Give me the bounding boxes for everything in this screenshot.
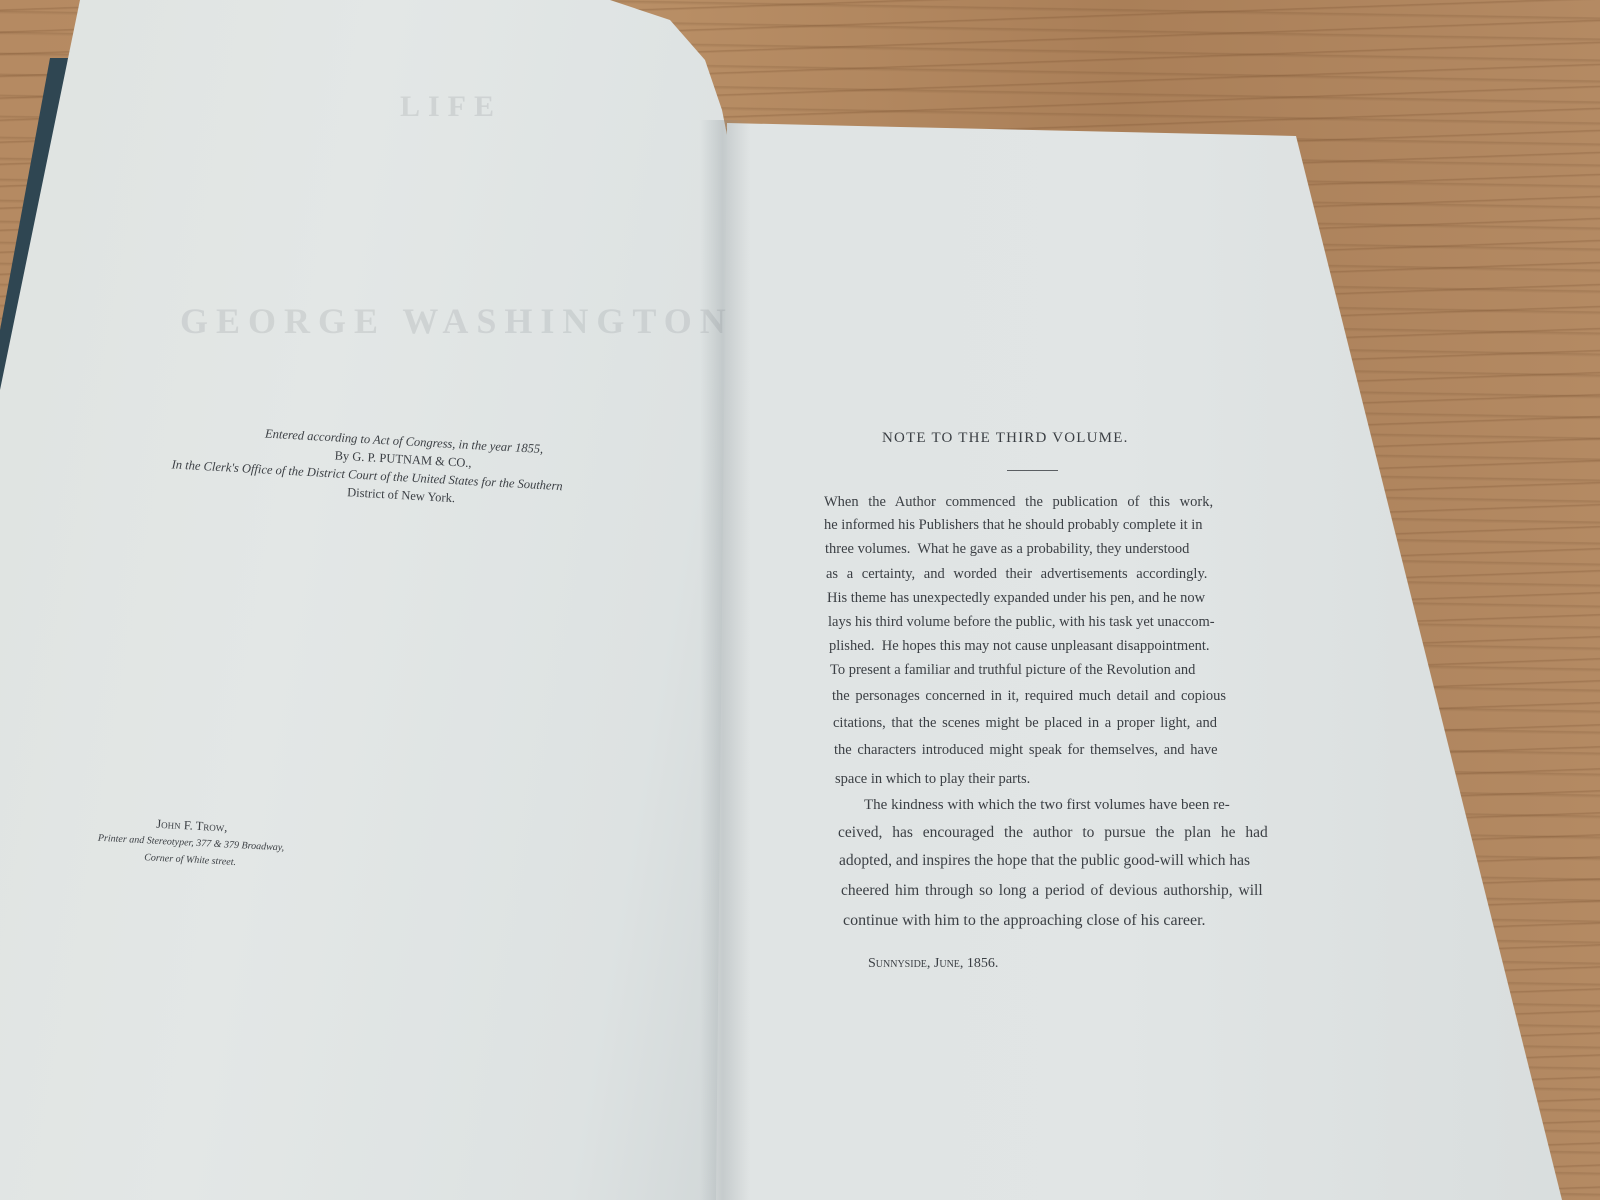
text-line: the characters introduced might speak fo…: [834, 742, 1218, 759]
text-line: citations, that the scenes might be plac…: [833, 715, 1217, 732]
text-line: ceived, has encouraged the author to pur…: [838, 824, 1268, 842]
text-line: the personages concerned in it, required…: [832, 688, 1226, 705]
text-line: adopted, and inspires the hope that the …: [839, 852, 1250, 870]
text-line: as a certainty, and worded their adverti…: [826, 566, 1207, 583]
text-line: three volumes. What he gave as a probabi…: [825, 541, 1189, 558]
text-line: cheered him through so long a period of …: [841, 882, 1263, 900]
book-gutter: [700, 120, 750, 1200]
left-page: [0, 0, 760, 1200]
text-line: lays his third volume before the public,…: [828, 614, 1215, 631]
text-line: he informed his Publishers that he shoul…: [824, 517, 1203, 534]
signoff: Sunnyside, June, 1856.: [868, 956, 998, 972]
show-through-text: GEORGE WASHINGTON: [180, 300, 734, 342]
page-title: NOTE TO THE THIRD VOLUME.: [882, 430, 1129, 447]
show-through-text: LIFE: [400, 90, 502, 124]
text-line: The kindness with which the two first vo…: [864, 797, 1230, 814]
text-line: To present a familiar and truthful pictu…: [830, 662, 1195, 679]
text-line: plished. He hopes this may not cause unp…: [829, 638, 1210, 655]
text-line: His theme has unexpectedly expanded unde…: [827, 590, 1205, 607]
text-line: continue with him to the approaching clo…: [843, 912, 1206, 930]
text-line: space in which to play their parts.: [835, 771, 1030, 788]
title-rule: [1007, 470, 1058, 471]
text-line: When the Author commenced the publicatio…: [824, 494, 1213, 511]
